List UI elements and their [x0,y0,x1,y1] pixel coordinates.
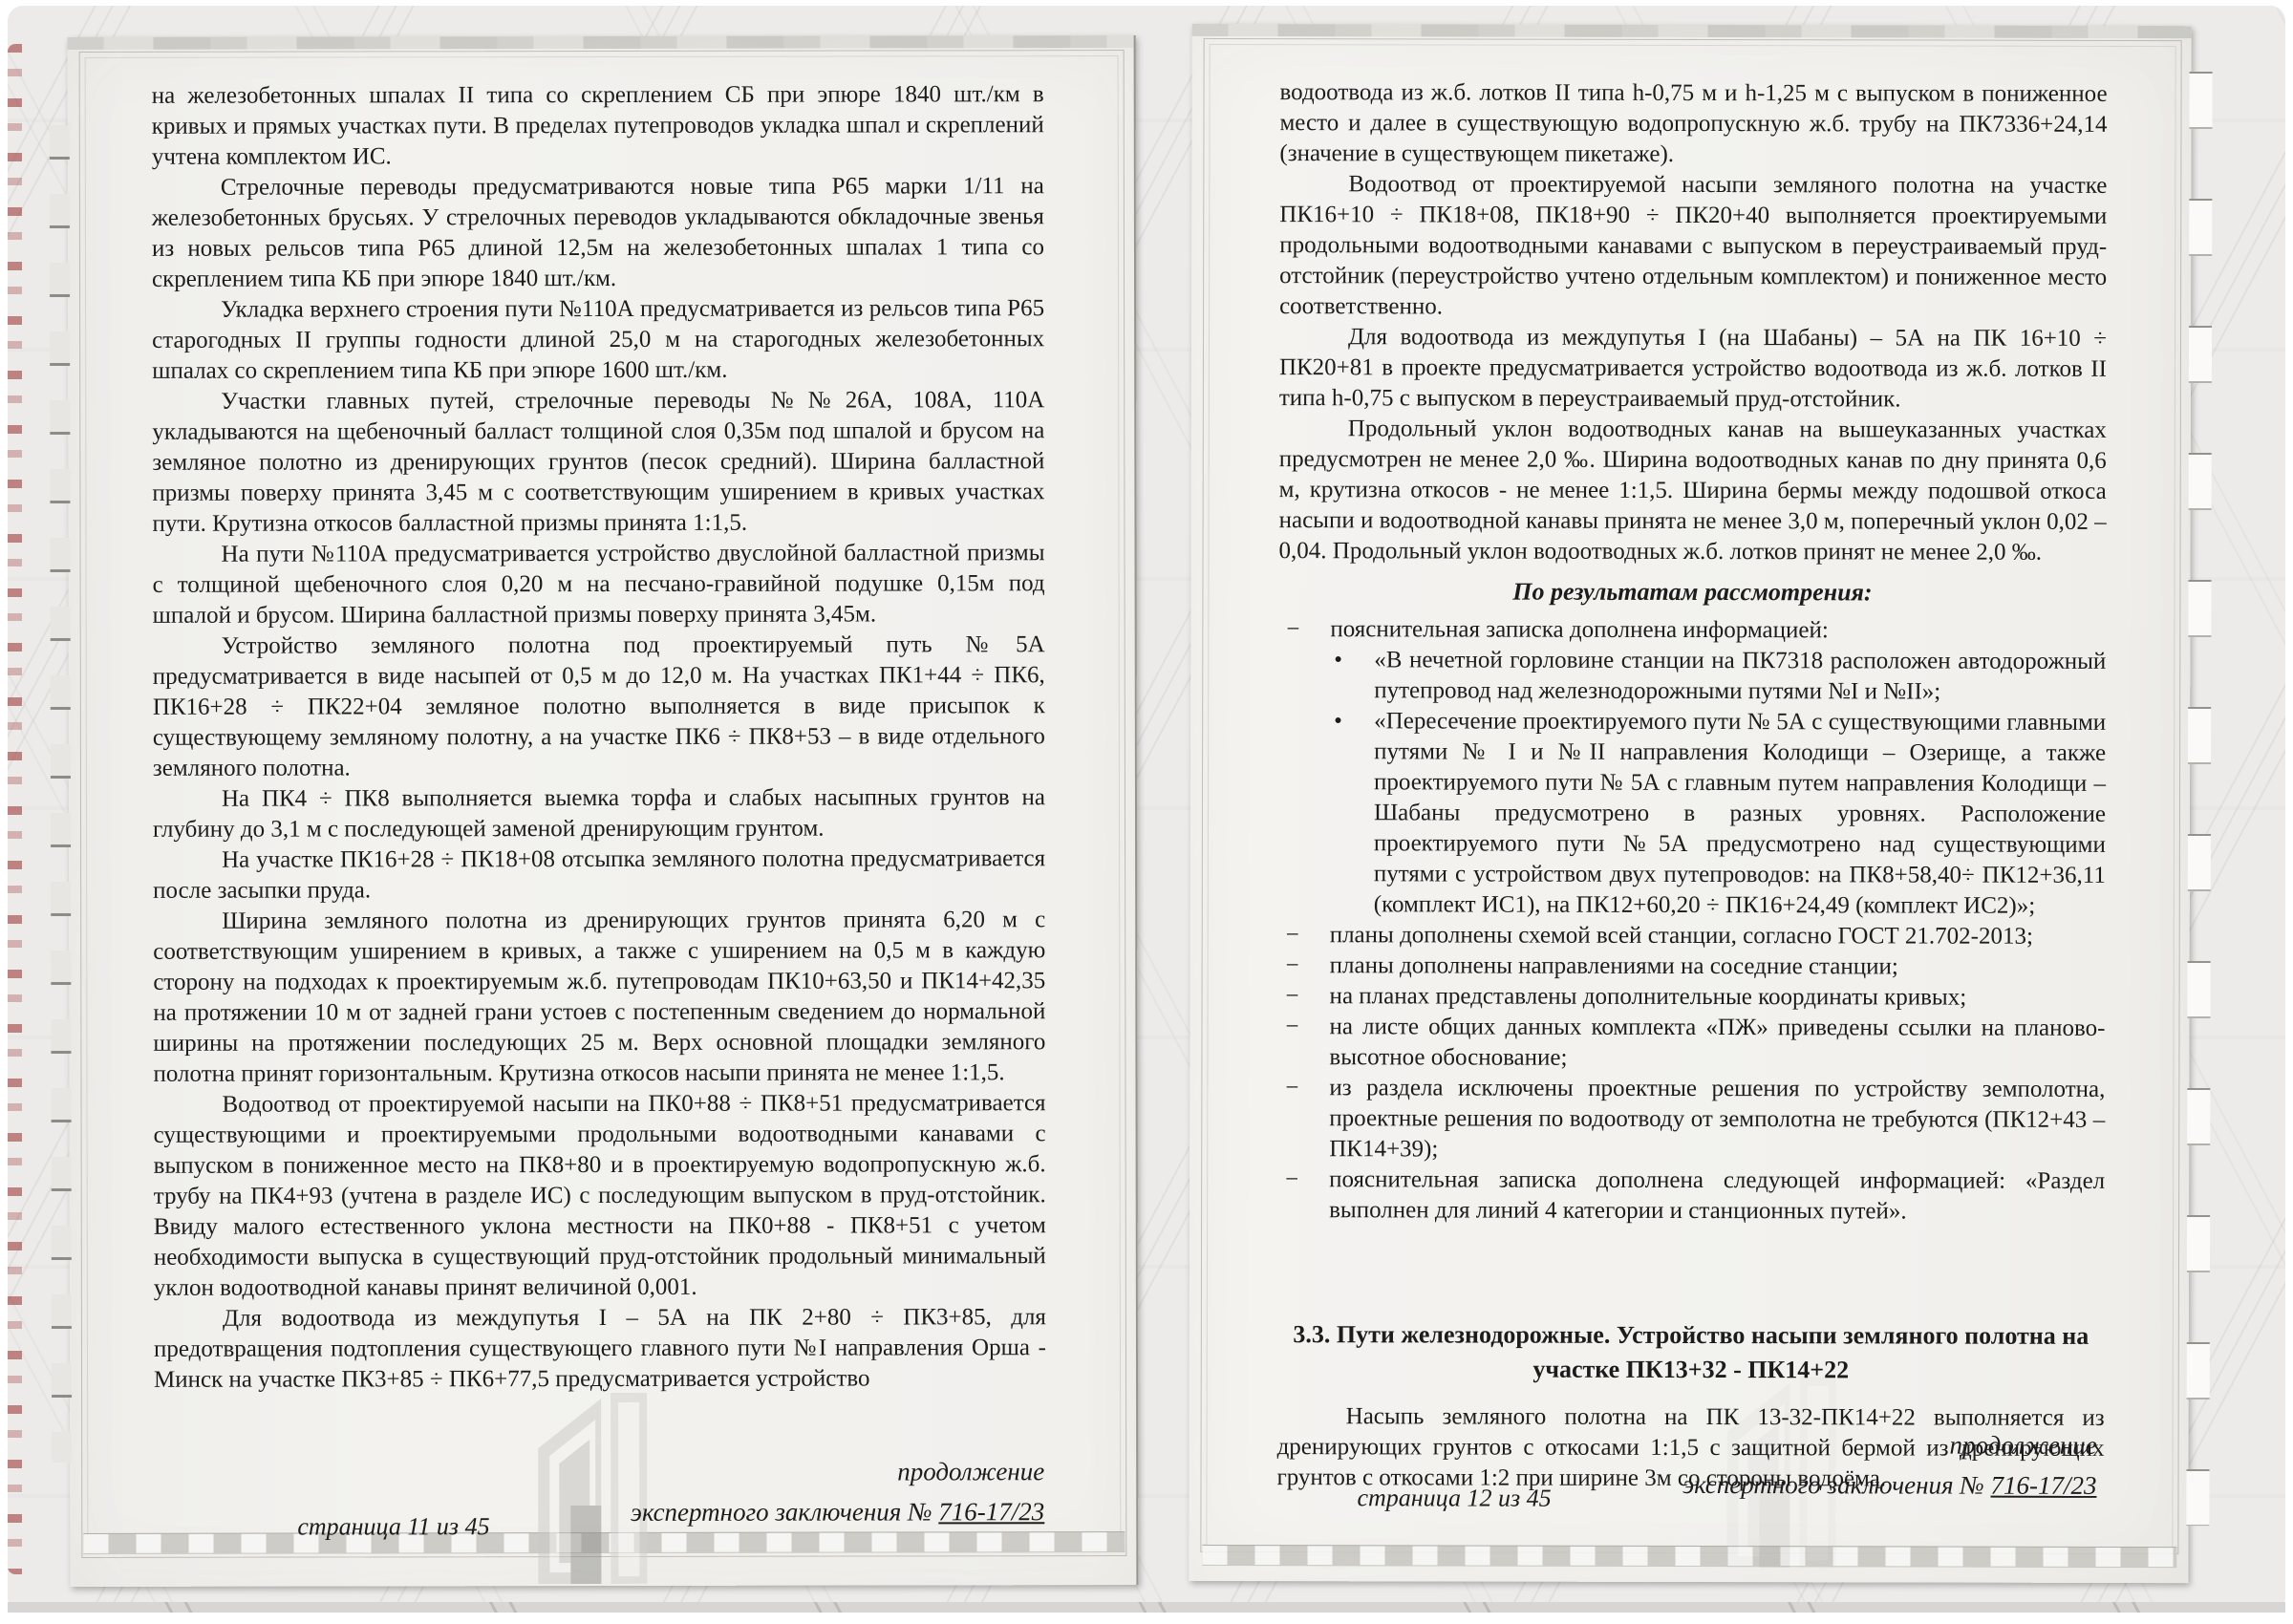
dash-marker-icon: − [1285,1165,1298,1195]
page-number: страница 11 из 45 [297,1512,489,1541]
continuation-line1: продолжение [631,1451,1044,1492]
paragraph: Укладка верхнего строения пути №110А пре… [152,293,1044,387]
scanned-page-12: водоотвода из ж.б. лотков II типа h-0,75… [1189,24,2191,1583]
bottom-texture-band [1202,1545,2176,1568]
continuation-note: продолжение экспертного заключения № 716… [1682,1424,2096,1506]
paragraph: Участки главных путей, стрелочные перево… [152,385,1044,540]
comb-binding-icon [50,114,72,1463]
continuation-note: продолжение экспертного заключения № 716… [631,1451,1044,1532]
section-heading-3-3: 3.3. Пути железнодорожные. Устройство на… [1287,1317,2095,1388]
paragraph: На ПК4 ÷ ПК8 выполняется выемка торфа и … [153,782,1045,845]
paragraph: Устройство земляного полотна под проекти… [153,630,1045,784]
list-item: −планы дополнены направлениями на соседн… [1278,951,2106,983]
bullet-marker-icon: • [1334,645,1342,675]
report-number: 716-17/23 [938,1497,1044,1526]
scanned-page-11: на железобетонных шпалах II типа со скре… [68,35,1139,1587]
page-text: водоотвода из ж.б. лотков II типа h-0,75… [1276,77,2107,1495]
comb-binding-icon [2186,45,2212,1526]
report-number: 716-17/23 [1990,1471,2096,1500]
list-item: −из раздела исключены проектные решения … [1277,1073,2105,1166]
paragraph: Для водоотвода из междупутья I (на Шабан… [1279,322,2107,416]
results-heading: По результатам рассмотрения: [1278,576,2106,609]
scan-edge-artifact [68,35,1134,50]
bottom-edge-ornament [8,1602,2285,1613]
paragraph: водоотвода из ж.б. лотков II типа h-0,75… [1279,77,2107,171]
page-text: на железобетонных шпалах II типа со скре… [152,79,1046,1396]
list-item: •«Пересечение проектируемого пути № 5А с… [1278,706,2106,922]
dash-marker-icon: − [1286,981,1299,1012]
list-item: •«В нечетной горловине станции на ПК7318… [1278,645,2106,708]
paragraph: На участке ПК16+28 ÷ ПК18+08 отсыпка зем… [153,844,1045,907]
dash-marker-icon: − [1286,920,1299,951]
dash-marker-icon: − [1285,1073,1298,1103]
left-edge-ornament [8,44,22,1574]
continuation-line2: экспертного заключения № 716-17/23 [1682,1464,2096,1506]
list-item: −на листе общих данных комплекта «ПЖ» пр… [1277,1012,2105,1075]
continuation-line2: экспертного заключения № 716-17/23 [631,1491,1044,1532]
paragraph: Водоотвод от проектируемой насыпи на ПК0… [154,1088,1046,1304]
list-item: −планы дополнены схемой всей станции, со… [1278,920,2106,952]
paragraph: На пути №110А предусматривается устройст… [153,538,1045,631]
bullet-marker-icon: • [1334,706,1342,737]
list-item: −пояснительная записка дополнена следующ… [1277,1165,2105,1228]
dash-marker-icon: − [1285,1012,1298,1042]
paragraph: Водоотвод от проектируемой насыпи землян… [1279,169,2107,324]
dash-marker-icon: − [1286,614,1299,645]
dash-marker-icon: − [1286,951,1299,981]
paragraph: Продольный уклон водоотводных канав на в… [1279,414,2107,568]
page-number: страница 12 из 45 [1357,1484,1551,1512]
paragraph: Стрелочные переводы предусматриваются но… [152,171,1044,295]
paragraph: Для водоотвода из междупутья I – 5А на П… [154,1302,1046,1396]
scan-edge-artifact [1192,24,2192,38]
paragraph: Ширина земляного полотна из дренирующих … [153,905,1045,1090]
list-item: −на планах представлены дополнительные к… [1278,981,2106,1014]
paragraph: на железобетонных шпалах II типа со скре… [152,79,1044,173]
continuation-line1: продолжение [1682,1424,2096,1465]
list-item: −пояснительная записка дополнена информа… [1278,614,2106,647]
